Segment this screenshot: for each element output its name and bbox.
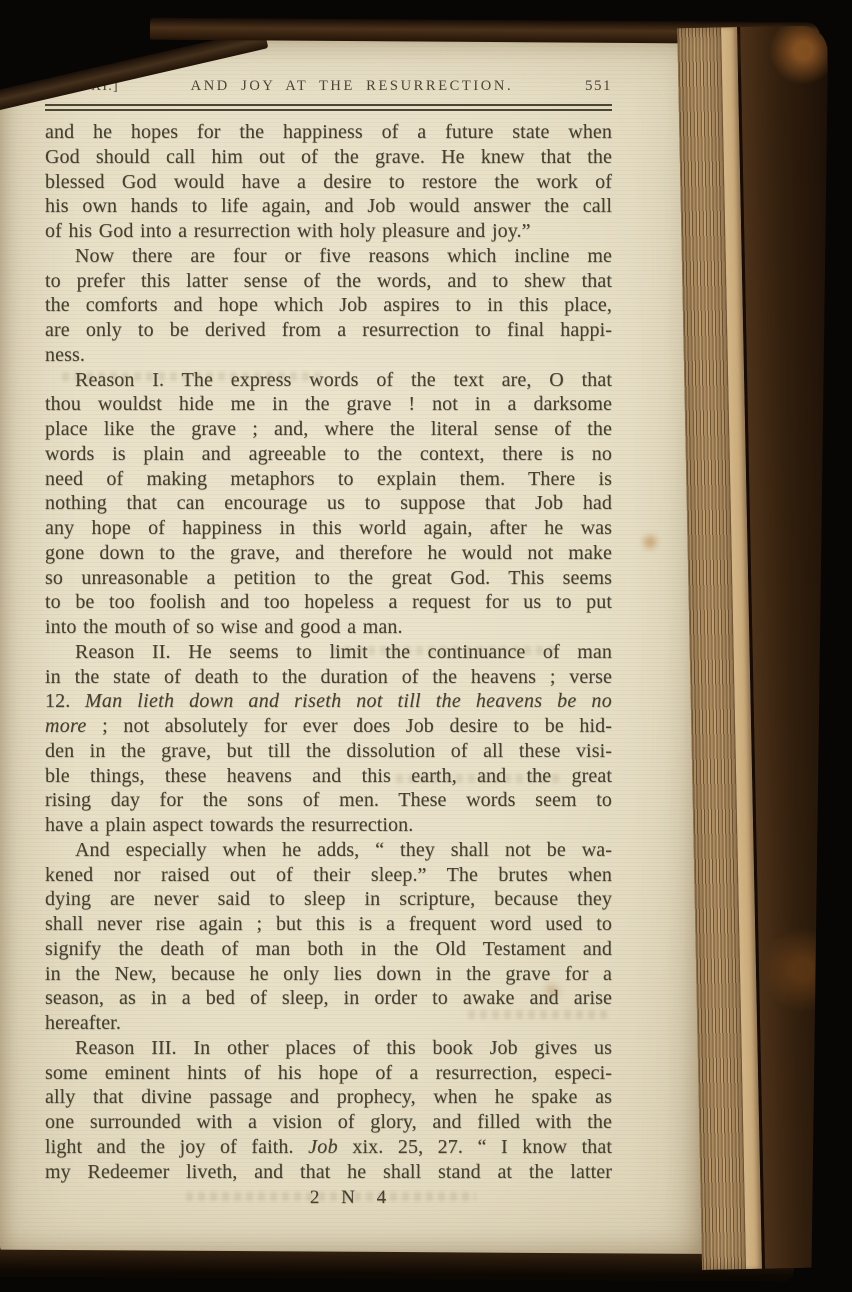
body-line: are only to be derived from a resurrecti… (45, 318, 612, 343)
body-line: and he hopes for the happiness of a futu… (45, 120, 612, 145)
book-photo: DISC. XI.] AND JOY AT THE RESURRECTION. … (0, 0, 852, 1292)
body-line: ness. (45, 343, 612, 368)
body-line: ble things, these heavens and this earth… (45, 764, 612, 789)
body-line: signify the death of man both in the Old… (45, 937, 612, 962)
body-line: any hope of happiness in this world agai… (45, 516, 612, 541)
body-line: to prefer this latter sense of the words… (45, 269, 612, 294)
body-line: ally that divine passage and prophecy, w… (45, 1085, 612, 1110)
body-line: 12. Man lieth down and riseth not till t… (45, 689, 612, 714)
body-line: Reason III. In other places of this book… (45, 1036, 612, 1061)
body-line: words is plain and agreeable to the cont… (45, 442, 612, 467)
leather-edge-bottom (0, 1250, 794, 1282)
body-line: Reason II. He seems to limit the continu… (45, 640, 612, 665)
body-line: some eminent hints of his hope of a resu… (45, 1061, 612, 1086)
signature-mark: 2 N 4 (45, 1187, 612, 1209)
body-line: of his God into a resurrection with holy… (45, 219, 612, 244)
body-line: kened nor raised out of their sleep.” Th… (45, 863, 612, 888)
body-line: hereafter. (45, 1011, 612, 1036)
body-line: And especially when he adds, “ they shal… (45, 838, 612, 863)
body-line: gone down to the grave, and therefore he… (45, 541, 612, 566)
body-line: have a plain aspect towards the resurrec… (45, 813, 612, 838)
body-line: to be too foolish and too hopeless a req… (45, 590, 612, 615)
body-line: dying are never said to sleep in scriptu… (45, 887, 612, 912)
body-line: rising day for the sons of men. These wo… (45, 788, 612, 813)
header-rule (45, 104, 612, 111)
body-line: Reason I. The express words of the text … (45, 368, 612, 393)
body-line: into the mouth of so wise and good a man… (45, 615, 612, 640)
body-line: den in the grave, but till the dissoluti… (45, 739, 612, 764)
body-line: the comforts and hope which Job aspires … (45, 293, 612, 318)
text-block: DISC. XI.] AND JOY AT THE RESURRECTION. … (45, 34, 612, 1209)
body-line: God should call him out of the grave. He… (45, 145, 612, 170)
book-page: DISC. XI.] AND JOY AT THE RESURRECTION. … (0, 34, 706, 1262)
body-line: more ; not absolutely for ever does Job … (45, 714, 612, 739)
body-line: Now there are four or five reasons which… (45, 244, 612, 269)
body-line: blessed God would have a desire to resto… (45, 170, 612, 195)
body-line: place like the grave ; and, where the li… (45, 417, 612, 442)
body-line: his own hands to life again, and Job wou… (45, 194, 612, 219)
body-line: season, as in a bed of sleep, in order t… (45, 986, 612, 1011)
body-line: one surrounded with a vision of glory, a… (45, 1110, 612, 1135)
body-line: nothing that can encourage us to suppose… (45, 491, 612, 516)
body-line: in the New, because he only lies down in… (45, 962, 612, 987)
body-line: in the state of death to the duration of… (45, 665, 612, 690)
running-title: AND JOY AT THE RESURRECTION. (119, 78, 585, 95)
body-line: need of making metaphors to explain them… (45, 467, 612, 492)
page-body: and he hopes for the happiness of a futu… (45, 120, 612, 1184)
running-header: DISC. XI.] AND JOY AT THE RESURRECTION. … (45, 78, 612, 95)
foxing-stain (640, 532, 660, 552)
body-line: light and the joy of faith. Job xix. 25,… (45, 1135, 612, 1160)
page-number: 551 (585, 78, 612, 95)
body-line: thou wouldst hide me in the grave ! not … (45, 392, 612, 417)
body-line: so unreasonable a petition to the great … (45, 566, 612, 591)
book-fore-edge (677, 25, 852, 1270)
body-line: my Redeemer liveth, and that he shall st… (45, 1160, 612, 1185)
body-line: shall never rise again ; but this is a f… (45, 912, 612, 937)
